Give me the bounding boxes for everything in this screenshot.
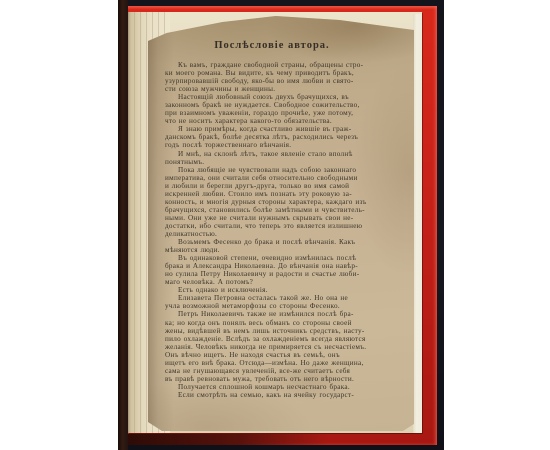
paragraph: Настоящій любовный союзъ двухъ брачущихс…	[165, 93, 408, 125]
paragraph: И мнѣ, на склонѣ лѣтъ, такое явленіе ста…	[165, 150, 408, 166]
book-spine-edge	[118, 0, 128, 450]
paragraph: Петръ Николаевичъ также не измѣнился пос…	[165, 310, 408, 382]
page-text: Къ вамъ, граждане свободной страны, обра…	[165, 61, 408, 399]
page-title: Послѣсловіе автора.	[160, 40, 384, 51]
paragraph: Къ вамъ, граждане свободной страны, обра…	[165, 61, 408, 93]
white-backdrop: Послѣсловіе автора. Къ вамъ, граждане св…	[0, 0, 550, 450]
paragraph: Возьмемъ Фесенко до брака и послѣ вѣнчан…	[165, 238, 408, 254]
paragraph: Я знаю примѣры, когда счастливо жившіе в…	[165, 125, 408, 149]
paragraph: Если смотрѣть на семью, какъ на ячейку г…	[165, 391, 408, 399]
paragraph: Въ одинаковой степени, очевидно измѣнила…	[165, 254, 408, 286]
paragraph: Получается сплошной кошмаръ несчастнаго …	[165, 383, 408, 391]
cover-bottom-shadow	[126, 434, 328, 445]
paragraph: Елизавета Петровна осталась такой же. Но…	[165, 294, 408, 310]
right-page-edge	[413, 14, 422, 433]
paragraph: Есть однако и исключенія.	[165, 286, 408, 294]
book-photo: Послѣсловіе автора. Къ вамъ, граждане св…	[118, 0, 444, 450]
book-page: Послѣсловіе автора. Къ вамъ, граждане св…	[148, 13, 414, 431]
paragraph: Пока любящіе не чувствовали надъ собою з…	[165, 166, 408, 238]
